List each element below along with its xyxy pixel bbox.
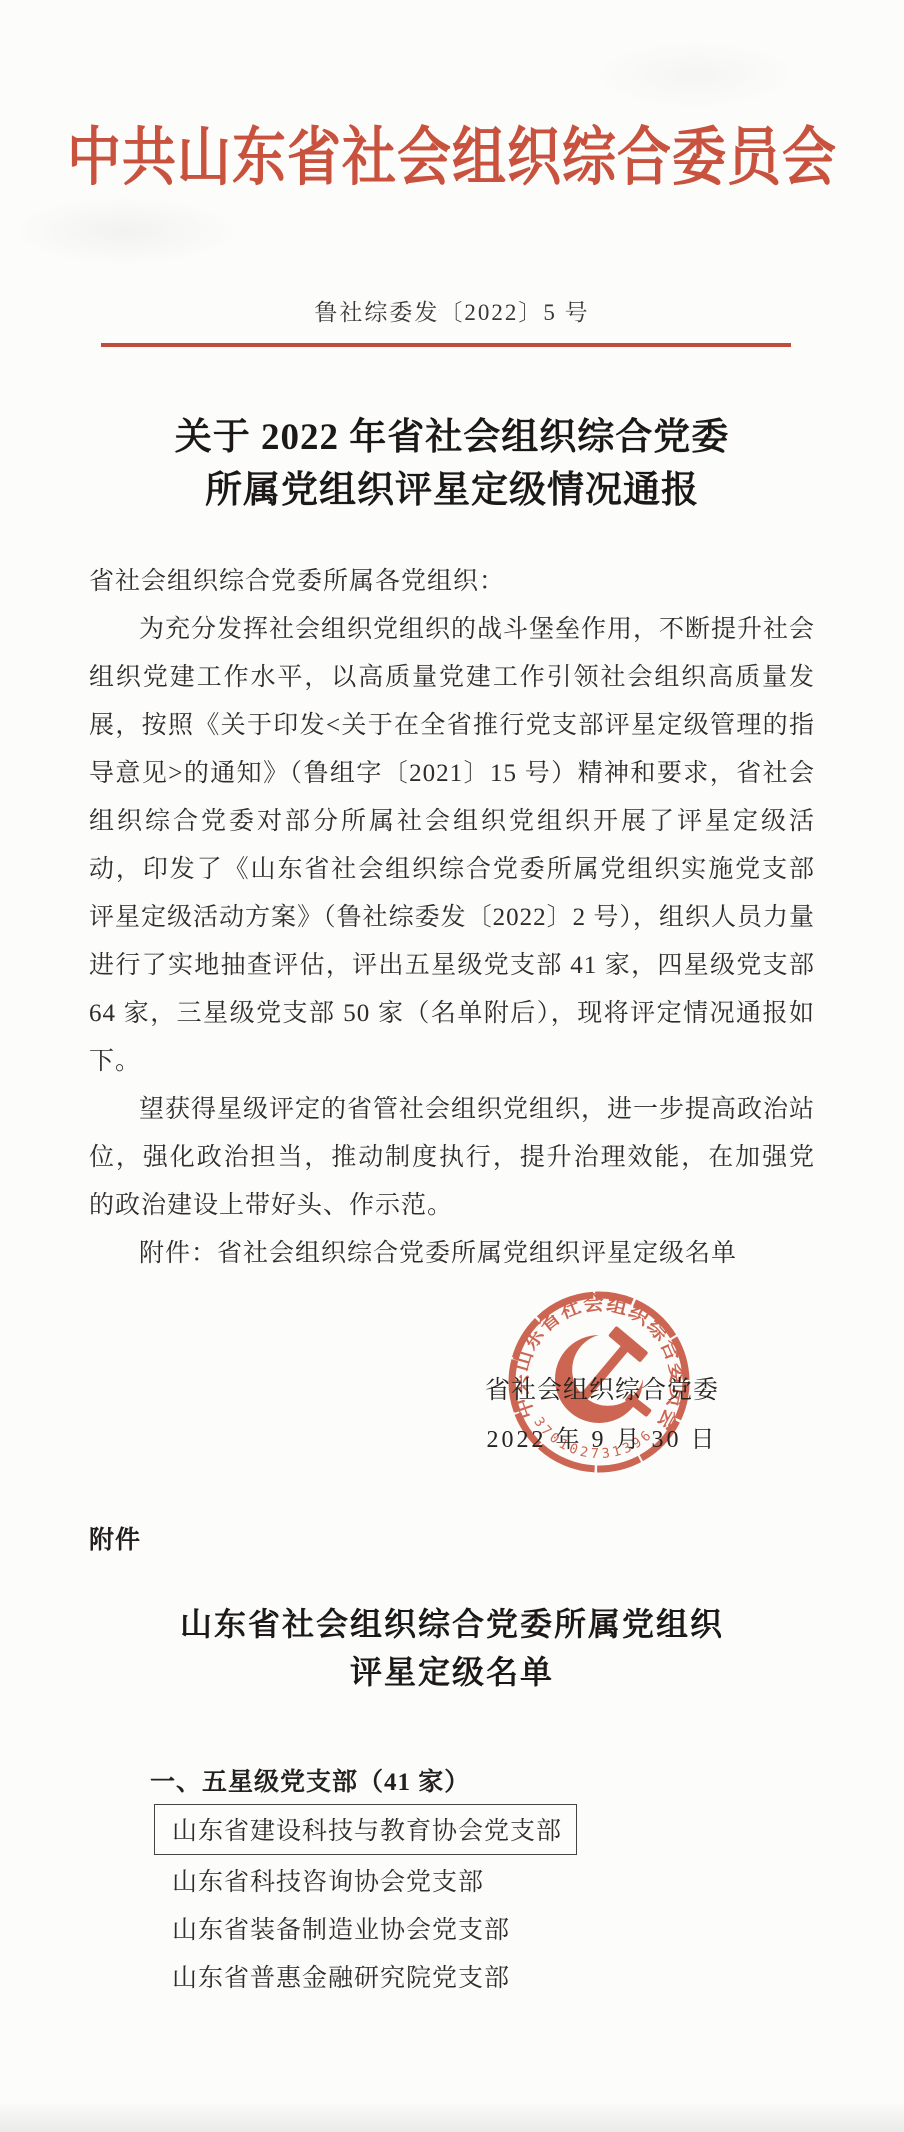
scan-bottom-edge (0, 2102, 904, 2132)
letterhead-divider-rule (101, 343, 791, 347)
section-heading-five-star: 一、五星级党支部（41 家） (150, 1762, 470, 1798)
attachment-label: 附件 (89, 1520, 141, 1556)
signature-org: 省社会组织综合党委 (437, 1370, 767, 1406)
attachment-title-line-1: 山东省社会组织综合党委所属党组织 (0, 1600, 904, 1648)
body-paragraph-2: 望获得星级评定的省管社会组织党组织，进一步提高政治站位，强化政治担当，推动制度执… (89, 1086, 815, 1230)
scanned-document-page: 中共山东省社会组织综合委员会 鲁社综委发〔2022〕5 号 关于 2022 年省… (0, 0, 904, 2132)
document-number: 鲁社综委发〔2022〕5 号 (0, 294, 904, 327)
list-item: 山东省普惠金融研究院党支部 (172, 1958, 510, 1994)
letterhead-org-title: 中共山东省社会组织综合委员会 (0, 116, 904, 201)
attachment-note-line: 附件：省社会组织综合党委所属党组织评星定级名单 (89, 1230, 815, 1278)
attachment-title-line-2: 评星定级名单 (0, 1648, 904, 1696)
scan-smudge (590, 40, 800, 110)
list-item: 山东省装备制造业协会党支部 (172, 1910, 510, 1946)
document-body: 省社会组织综合党委所属各党组织： 为充分发挥社会组织党组织的战斗堡垒作用，不断提… (89, 558, 815, 1278)
salutation-line: 省社会组织综合党委所属各党组织： (89, 558, 815, 606)
attachment-title: 山东省社会组织综合党委所属党组织 评星定级名单 (0, 1600, 904, 1696)
document-title: 关于 2022 年省社会组织综合党委 所属党组织评星定级情况通报 (0, 411, 904, 517)
scan-smudge (10, 196, 240, 266)
document-title-line-1: 关于 2022 年省社会组织综合党委 (0, 411, 904, 464)
body-paragraph-1: 为充分发挥社会组织党组织的战斗堡垒作用，不断提升社会组织党建工作水平，以高质量党… (89, 606, 815, 1086)
list-item-highlighted: 山东省建设科技与教育协会党支部 (154, 1804, 577, 1855)
signature-date: 2022 年 9 月 30 日 (437, 1419, 767, 1454)
document-title-line-2: 所属党组织评星定级情况通报 (0, 464, 904, 517)
list-item: 山东省科技咨询协会党支部 (172, 1862, 484, 1898)
